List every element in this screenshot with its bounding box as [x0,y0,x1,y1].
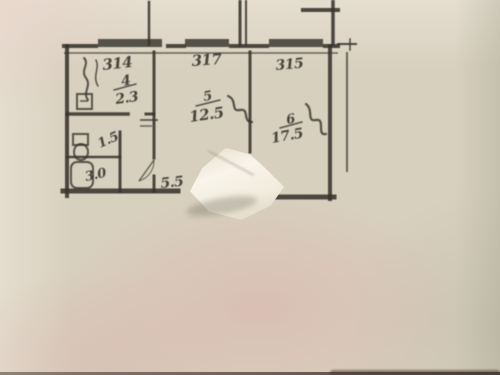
window-icons [98,39,323,47]
bath-area-3-0: 3.0 [84,166,108,185]
photo-bottom-edge-right [330,370,500,375]
door-swing-icon [139,160,154,181]
hall-area-5-5: 5.5 [160,174,184,192]
floorplan-photo: 314 4 2.3 317 5 12.5 315 6 17.5 1.5 3.0 … [0,0,500,375]
room-label-315: 315 [275,56,304,74]
wc-area-1-5: 1.5 [96,129,122,151]
room-area-12-5: 12.5 [188,103,225,126]
room-label-317: 317 [191,50,223,70]
room-label-314: 314 [102,53,134,74]
door-scribble-icon [96,60,98,86]
room-area-17-5: 17.5 [270,126,304,147]
upper-wall-stubs [149,0,356,50]
room-area-2-3: 2.3 [113,89,140,108]
window-icon [98,39,162,47]
window-icon [269,39,323,47]
window-icon [185,39,229,47]
